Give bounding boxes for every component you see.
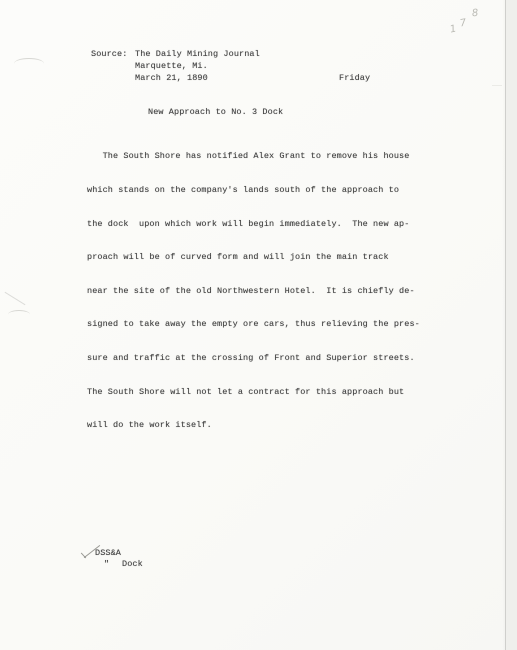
handwritten-digit: 7: [459, 18, 467, 30]
article-body-line: signed to take away the empty ore cars, …: [87, 319, 420, 330]
article-body-line: sure and traffic at the crossing of Fron…: [87, 353, 420, 364]
article-body-line: will do the work itself.: [87, 420, 420, 431]
article-body-line: the dock upon which work will begin imme…: [87, 219, 420, 230]
index-note-railroad: DSS&A: [95, 548, 121, 559]
source-weekday: Friday: [339, 73, 370, 84]
article-body-line: The South Shore has notified Alex Grant …: [87, 151, 420, 162]
article-body-line: near the site of the old Northwestern Ho…: [87, 286, 420, 297]
article-body-line: proach will be of curved form and will j…: [87, 252, 420, 263]
paper-crease: [5, 292, 26, 306]
paper-crease: [8, 310, 30, 319]
paper-edge-strip: [505, 0, 517, 650]
paper-crease: [14, 58, 44, 69]
article-body-line: which stands on the company's lands sout…: [87, 185, 420, 196]
source-location: Marquette, Mi.: [135, 61, 208, 72]
source-publication: The Daily Mining Journal: [135, 49, 260, 60]
paper-crease: [492, 85, 502, 86]
article-body: The South Shore has notified Alex Grant …: [87, 129, 420, 454]
index-note-ditto-mark: ": [104, 559, 109, 570]
handwritten-digit: 8: [471, 8, 478, 20]
article-body-line: The South Shore will not let a contract …: [87, 387, 420, 398]
source-date: March 21, 1890: [135, 73, 208, 84]
handwritten-digit: 1: [449, 23, 458, 35]
source-label: Source:: [91, 49, 127, 60]
article-title: New Approach to No. 3 Dock: [148, 107, 283, 118]
scanned-document-page: 1 7 8 Source: The Daily Mining Journal M…: [0, 0, 517, 650]
index-note-subject: Dock: [122, 559, 143, 570]
